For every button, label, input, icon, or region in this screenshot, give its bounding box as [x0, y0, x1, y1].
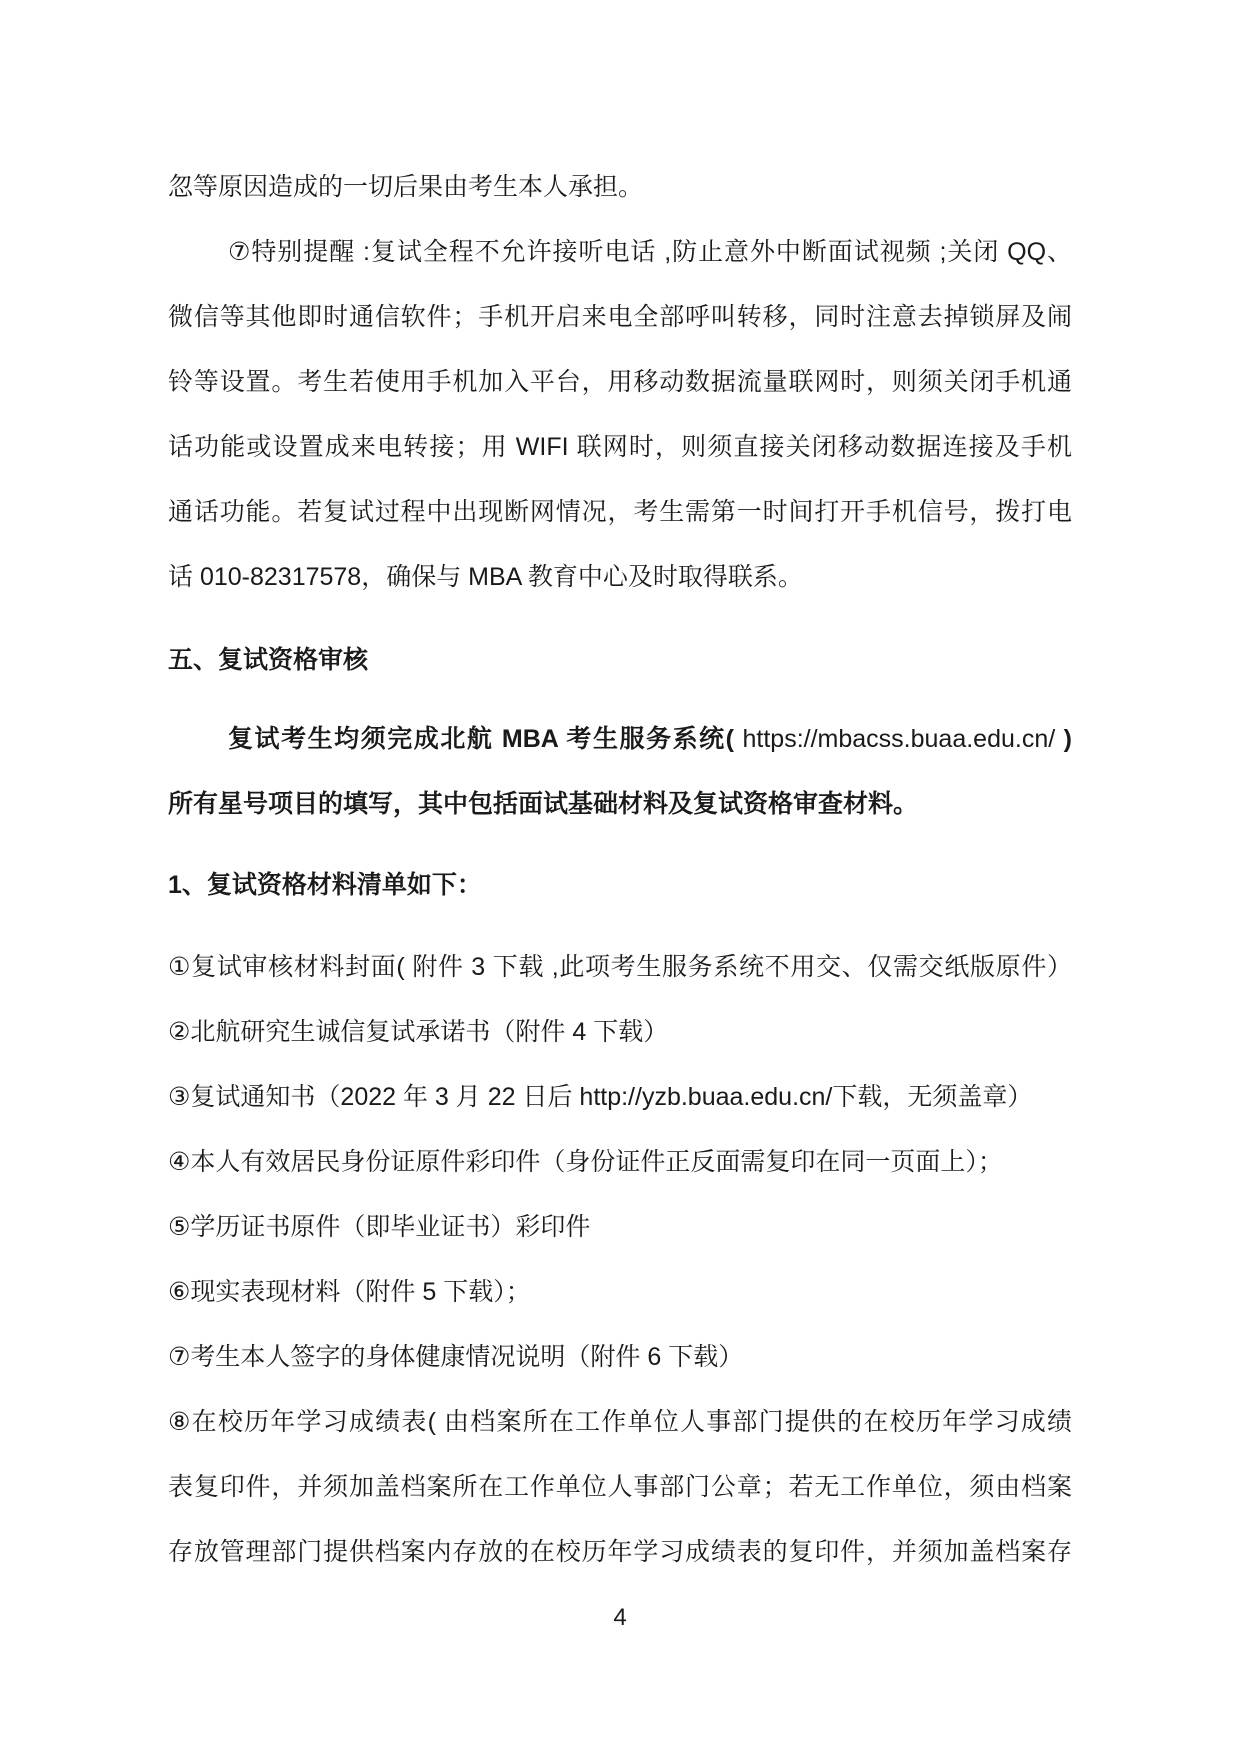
- reminder-para-line-2: 微信等其他即时通信软件；手机开启来电全部呼叫转移，同时注意去掉锁屏及闹: [168, 285, 1072, 350]
- section-5-heading: 五、复试资格审核: [168, 628, 1072, 693]
- reminder-para-line-5: 通话功能。若复试过程中出现断网情况，考生需第一时间打开手机信号，拨打电: [168, 480, 1072, 545]
- list-item-8-line-1: ⑧在校历年学习成绩表( 由档案所在工作单位人事部门提供的在校历年学习成绩: [168, 1390, 1072, 1455]
- reminder-para-line-4: 话功能或设置成来电转接；用 WIFI 联网时，则须直接关闭移动数据连接及手机: [168, 415, 1072, 480]
- para-continuation-line: 忽等原因造成的一切后果由考生本人承担。: [168, 155, 1072, 220]
- list-item-4: ④本人有效居民身份证原件彩印件（身份证件正反面需复印在同一页面上）；: [168, 1130, 1072, 1195]
- materials-list-heading: 1、复试资格材料清单如下：: [168, 853, 1072, 918]
- page-number: 4: [168, 1585, 1072, 1650]
- system-para-suffix: ): [1064, 725, 1072, 753]
- system-para-prefix: 复试考生均须完成北航 MBA 考生服务系统(: [228, 725, 734, 753]
- list-item-6: ⑥现实表现材料（附件 5 下载）；: [168, 1260, 1072, 1325]
- list-item-1: ①复试审核材料封面( 附件 3 下载 ,此项考生服务系统不用交、仅需交纸版原件）: [168, 935, 1072, 1000]
- list-item-5: ⑤学历证书原件（即毕业证书）彩印件: [168, 1195, 1072, 1260]
- reminder-para-line-3: 铃等设置。考生若使用手机加入平台，用移动数据流量联网时，则须关闭手机通: [168, 350, 1072, 415]
- document-page: 忽等原因造成的一切后果由考生本人承担。 ⑦特别提醒 :复试全程不允许接听电话 ,…: [0, 0, 1240, 1754]
- system-para-line-1: 复试考生均须完成北航 MBA 考生服务系统( https://mbacss.bu…: [168, 707, 1072, 772]
- reminder-para-line-6: 话 010-82317578，确保与 MBA 教育中心及时取得联系。: [168, 545, 1072, 610]
- list-item-8-line-3: 存放管理部门提供档案内存放的在校历年学习成绩表的复印件，并须加盖档案存: [168, 1520, 1072, 1585]
- system-url: https://mbacss.buaa.edu.cn/: [734, 725, 1064, 753]
- list-item-2: ②北航研究生诚信复试承诺书（附件 4 下载）: [168, 1000, 1072, 1065]
- list-item-7: ⑦考生本人签字的身体健康情况说明（附件 6 下载）: [168, 1325, 1072, 1390]
- list-item-3: ③复试通知书（2022 年 3 月 22 日后 http://yzb.buaa.…: [168, 1065, 1072, 1130]
- list-item-8-line-2: 表复印件，并须加盖档案所在工作单位人事部门公章；若无工作单位，须由档案: [168, 1455, 1072, 1520]
- reminder-para-line-1: ⑦特别提醒 :复试全程不允许接听电话 ,防止意外中断面试视频 ;关闭 QQ、: [168, 220, 1072, 285]
- page-content: 忽等原因造成的一切后果由考生本人承担。 ⑦特别提醒 :复试全程不允许接听电话 ,…: [168, 155, 1072, 1650]
- system-para-line-2: 所有星号项目的填写，其中包括面试基础材料及复试资格审查材料。: [168, 772, 1072, 837]
